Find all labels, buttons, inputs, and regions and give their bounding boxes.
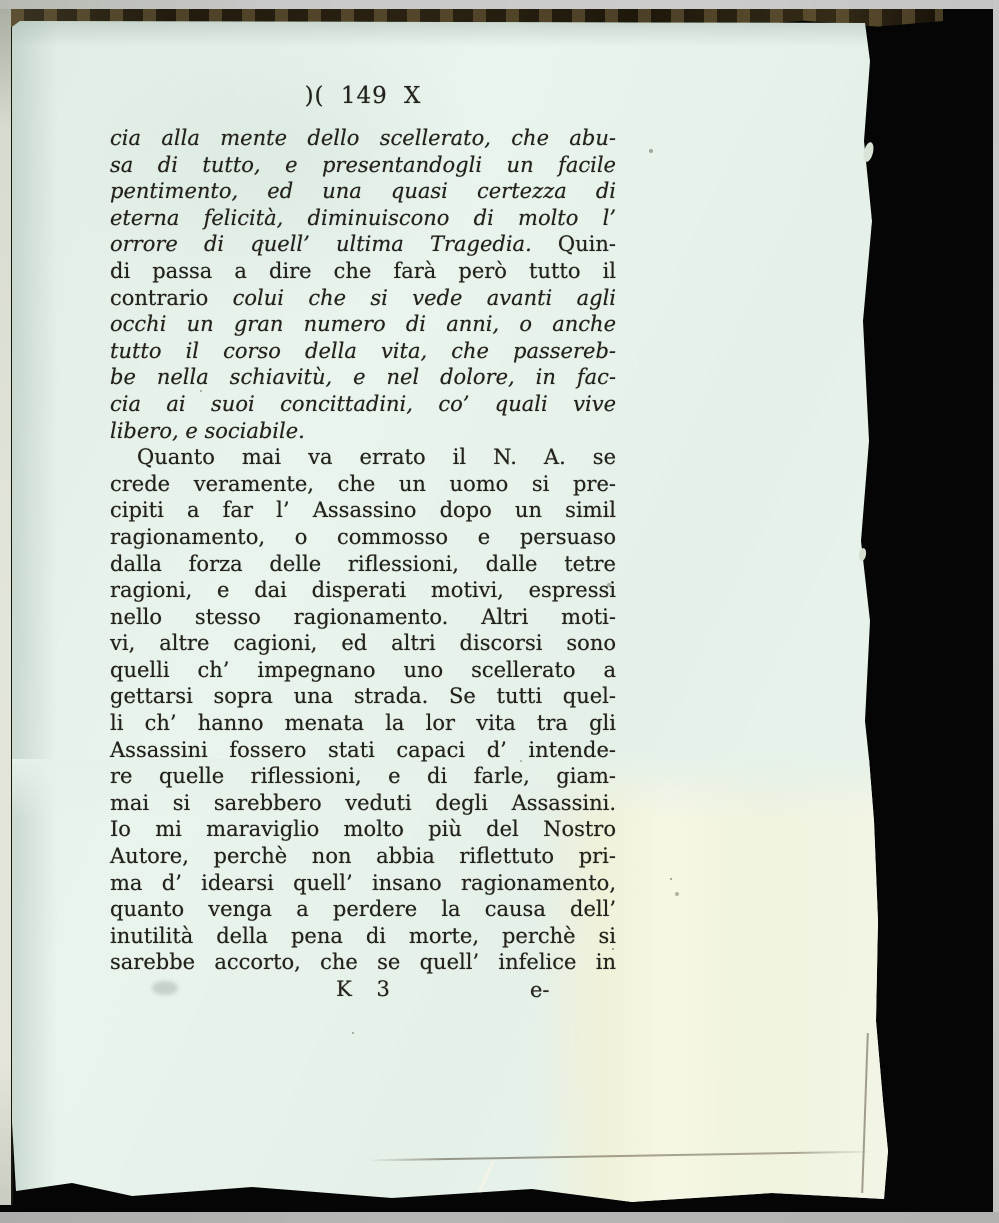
text-line: li ch’ hanno menata la lor vita tra gli (110, 710, 616, 737)
text-line: gettarsi sopra una strada. Se tutti quel… (110, 683, 616, 710)
book-page: )( 149 X cia alla mente dello scellerato… (12, 21, 888, 1204)
text-line: cia ai suoi concittadini, co’ quali vive (110, 391, 616, 418)
text-line: crede veramente, che un uomo si pre- (110, 471, 616, 498)
text-line: Quanto mai va errato il N. A. se (110, 444, 616, 471)
text-line: quelli ch’ impegnano uno scellerato a (110, 657, 616, 684)
text-line: libero, e sociabile. (110, 418, 616, 445)
text-line: vi, altre cagioni, ed altri discorsi son… (110, 630, 616, 657)
scanned-book-spread: { "document": { "page_header": ")( 149 X… (0, 0, 999, 1223)
scanner-strip-right (993, 0, 999, 1223)
text-line: Autore, perchè non abbia riflettuto pri- (110, 843, 616, 870)
text-line: ragionamento, o commosso e persuaso (110, 524, 616, 551)
text-line: Io mi maraviglio molto più del Nostro (110, 816, 616, 843)
text-line: sarebbe accorto, che se quell’ infelice … (110, 949, 616, 976)
text-line: inutilità della pena di morte, perchè si (110, 923, 616, 950)
text-line: orrore di quell’ ultima Tragedia. Quin- (110, 231, 616, 258)
text-line: cipiti a far l’ Assassino dopo un simil (110, 497, 616, 524)
text-line: cia alla mente dello scellerato, che abu… (110, 125, 616, 152)
scanner-strip-top (0, 0, 999, 9)
text-line: tutto il corso della vita, che passereb- (110, 338, 616, 365)
text-line: re quelle riflessioni, e di farle, giam- (110, 763, 616, 790)
text-block: cia alla mente dello scellerato, che abu… (110, 125, 616, 976)
text-line: dalla forza delle riflessioni, dalle tet… (110, 551, 616, 578)
text-line: sa di tutto, e presentandogli un facile (110, 152, 616, 179)
text-line: ma d’ idearsi quell’ insano ragionamento… (110, 870, 616, 897)
signature-row: K 3 e- (110, 977, 616, 1005)
page-number-header: )( 149 X (110, 83, 616, 109)
text-line: contrario colui che si vede avanti agli (110, 285, 616, 312)
text-line: mai si sarebbero veduti degli Assassini. (110, 790, 616, 817)
text-line: occhi un gran numero di anni, o anche (110, 311, 616, 338)
text-line: nello stesso ragionamento. Altri moti- (110, 604, 616, 631)
scanner-strip-bottom (0, 1212, 999, 1223)
edge-fiber-bump (858, 547, 867, 561)
text-line: be nella schiavitù, e nel dolore, in fac… (110, 364, 616, 391)
text-line: pentimento, ed una quasi certezza di (110, 178, 616, 205)
text-line: Assassini fossero stati capaci d’ intend… (110, 737, 616, 764)
underlying-page-edge (0, 9, 13, 1205)
text-line: eterna felicità, diminuiscono di molto l… (110, 205, 616, 232)
catchword: e- (530, 978, 550, 1002)
rough-right-edge (871, 21, 888, 766)
text-line: quanto venga a perdere la causa dell’ (110, 896, 616, 923)
text-line: ragioni, e dai disperati motivi, espress… (110, 577, 616, 604)
text-line: di passa a dire che farà però tutto il (110, 258, 616, 285)
